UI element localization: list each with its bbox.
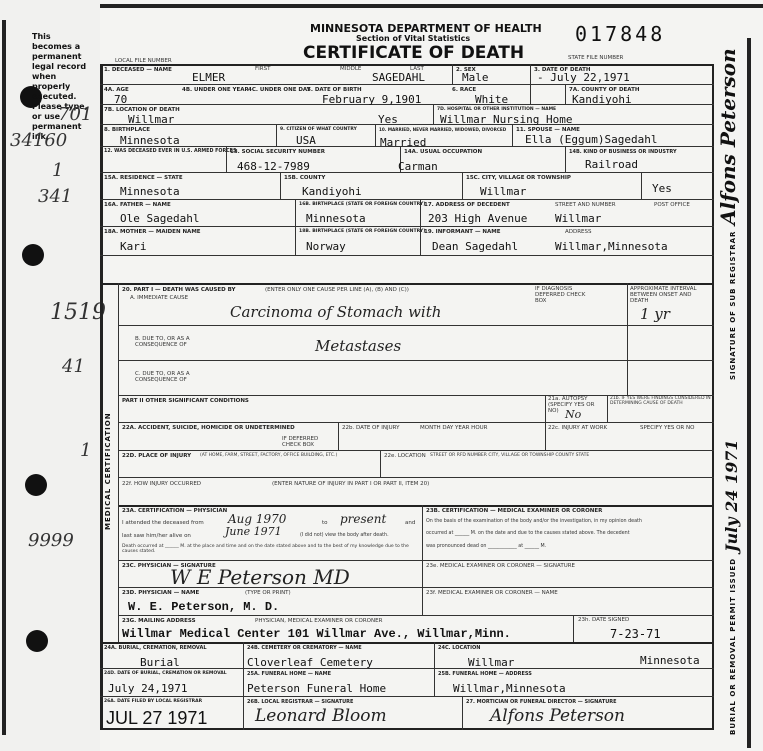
ssn-value: 468-12-7989: [237, 160, 310, 173]
date-signed: 7-23-71: [610, 627, 661, 641]
race-value: White: [475, 93, 508, 106]
margin-note: 341: [38, 186, 72, 207]
punch-hole: [25, 474, 47, 496]
informant-name: Dean Sagedahl: [432, 240, 518, 253]
punch-hole: [26, 630, 48, 652]
birthplace: Minnesota: [120, 134, 180, 147]
certificate-title: CERTIFICATE OF DEATH: [303, 43, 524, 63]
informant-address: Willmar,Minnesota: [555, 240, 668, 253]
due-to-b: Metastases: [315, 337, 401, 355]
address-street: 203 High Avenue: [428, 212, 527, 225]
margin-note: 701: [58, 104, 92, 125]
cemetery-name: Cloverleaf Cemetery: [247, 656, 373, 669]
top-edge: [0, 4, 763, 8]
deceased-first-name: ELMER: [192, 71, 225, 84]
marital-status: Married: [380, 136, 426, 149]
physician-name: W. E. Peterson, M. D.: [128, 600, 279, 614]
sub-registrar-label: SIGNATURE OF SUB REGISTRAR: [729, 231, 737, 380]
section-title: Section of Vital Statistics: [356, 34, 470, 43]
autopsy-value: No: [565, 408, 581, 421]
mother-birthplace: Norway: [306, 240, 346, 253]
father-name: Ole Sagedahl: [120, 212, 199, 225]
location-of-death: Willmar: [128, 113, 174, 126]
age-value: 70: [114, 93, 127, 106]
funeral-home: Peterson Funeral Home: [247, 682, 386, 695]
hospital-name: Willmar Nursing Home: [440, 113, 572, 126]
margin-instruction: This becomes a permanent legal record wh…: [32, 32, 92, 142]
sex-value: Male: [462, 71, 489, 84]
residence-inside-limits: Yes: [652, 182, 672, 195]
mortician-signature: Alfons Peterson: [490, 706, 625, 726]
father-birthplace: Minnesota: [306, 212, 366, 225]
permit-issued-label: BURIAL OR REMOVAL PERMIT ISSUED: [729, 558, 737, 735]
deceased-last-name: SAGEDAHL: [372, 71, 425, 84]
residence-state: Minnesota: [120, 185, 180, 198]
physician-signature: W E Peterson MD: [170, 565, 350, 589]
onset-interval: 1 yr: [640, 305, 670, 323]
state-file-number-label: STATE FILE NUMBER: [568, 55, 623, 61]
mother-name: Kari: [120, 240, 147, 253]
residence-city: Willmar: [480, 185, 526, 198]
disposition-method: Burial: [140, 656, 180, 669]
deceased-name-label: 1. DECEASED — NAME: [104, 67, 172, 73]
spouse-name: Ella (Eggum)Sagedahl: [525, 133, 657, 146]
mailing-address: Willmar Medical Center 101 Willmar Ave.,…: [122, 627, 511, 641]
registrar-signature: Leonard Bloom: [255, 706, 387, 726]
inside-limits: Yes: [378, 113, 398, 126]
right-edge: [747, 38, 751, 748]
last-seen-alive: June 1971: [225, 525, 282, 538]
margin-note: 41: [62, 356, 85, 377]
margin-note: 1: [80, 440, 91, 461]
address-post-office: Willmar: [555, 212, 601, 225]
permit-issued-date: July 24 1971: [722, 439, 741, 552]
state-file-number: 017848: [575, 22, 665, 46]
funeral-home-address: Willmar,Minnesota: [453, 682, 566, 695]
margin-note: 9999: [28, 530, 74, 551]
county-of-death: Kandiyohi: [572, 93, 632, 106]
margin-note: 1: [52, 160, 63, 181]
residence-county: Kandiyohi: [302, 185, 362, 198]
attended-from: Aug 1970: [228, 512, 286, 526]
date-filed: JUL 27 1971: [106, 708, 207, 729]
medical-certification-label: MEDICAL CERTIFICATION: [104, 412, 112, 530]
date-of-death: - July 22,1971: [537, 71, 630, 84]
industry: Railroad: [585, 158, 638, 171]
occupation: Carman: [398, 160, 438, 173]
punch-hole: [22, 244, 44, 266]
margin-note: 34160: [10, 130, 67, 151]
burial-state: Minnesota: [640, 654, 700, 667]
immediate-cause: Carcinoma of Stomach with: [230, 303, 441, 321]
left-edge: [2, 20, 6, 735]
date-of-birth: February 9,1901: [322, 93, 421, 106]
sub-registrar-signature: Alfons Peterson: [716, 48, 740, 225]
citizen-country: USA: [296, 134, 316, 147]
burial-date: July 24,1971: [108, 682, 187, 695]
burial-city: Willmar: [468, 656, 514, 669]
attended-to: present: [340, 512, 386, 526]
margin-note: 1519: [50, 300, 106, 325]
